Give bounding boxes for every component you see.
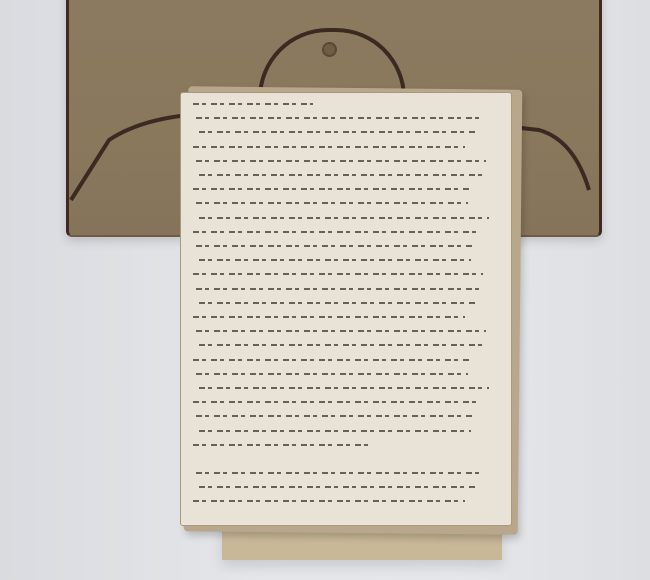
- handwriting-line: [193, 273, 483, 275]
- handwriting-line: [193, 188, 471, 190]
- handwriting-line: [199, 217, 489, 219]
- handwriting-line: [199, 486, 477, 488]
- handwriting-line: [196, 245, 474, 247]
- handwriting-line: [199, 131, 477, 133]
- handwriting-line: [196, 415, 474, 417]
- manuscript-top-page: [180, 92, 512, 526]
- handwriting-line: [199, 344, 483, 346]
- handwriting-line: [196, 160, 486, 162]
- handwriting-line: [199, 259, 471, 261]
- handwriting-line: [199, 430, 471, 432]
- handwriting-line: [193, 316, 465, 318]
- handwriting-line: [193, 500, 465, 502]
- handwriting-line: [193, 103, 313, 105]
- handwriting-line: [199, 302, 477, 304]
- handwriting-line: [196, 288, 480, 290]
- handwriting-line: [199, 174, 483, 176]
- handwriting-line: [193, 231, 477, 233]
- handwriting-line: [199, 387, 489, 389]
- handwriting-line: [196, 117, 480, 119]
- handwriting-line: [193, 444, 373, 446]
- handwriting-line: [196, 202, 468, 204]
- handwriting-line: [193, 359, 471, 361]
- handwriting-line: [193, 401, 477, 403]
- handwriting-line: [196, 472, 480, 474]
- handwriting-line: [196, 373, 468, 375]
- handwriting-line: [193, 146, 465, 148]
- folder-button: [322, 42, 337, 57]
- handwriting-line: [196, 330, 486, 332]
